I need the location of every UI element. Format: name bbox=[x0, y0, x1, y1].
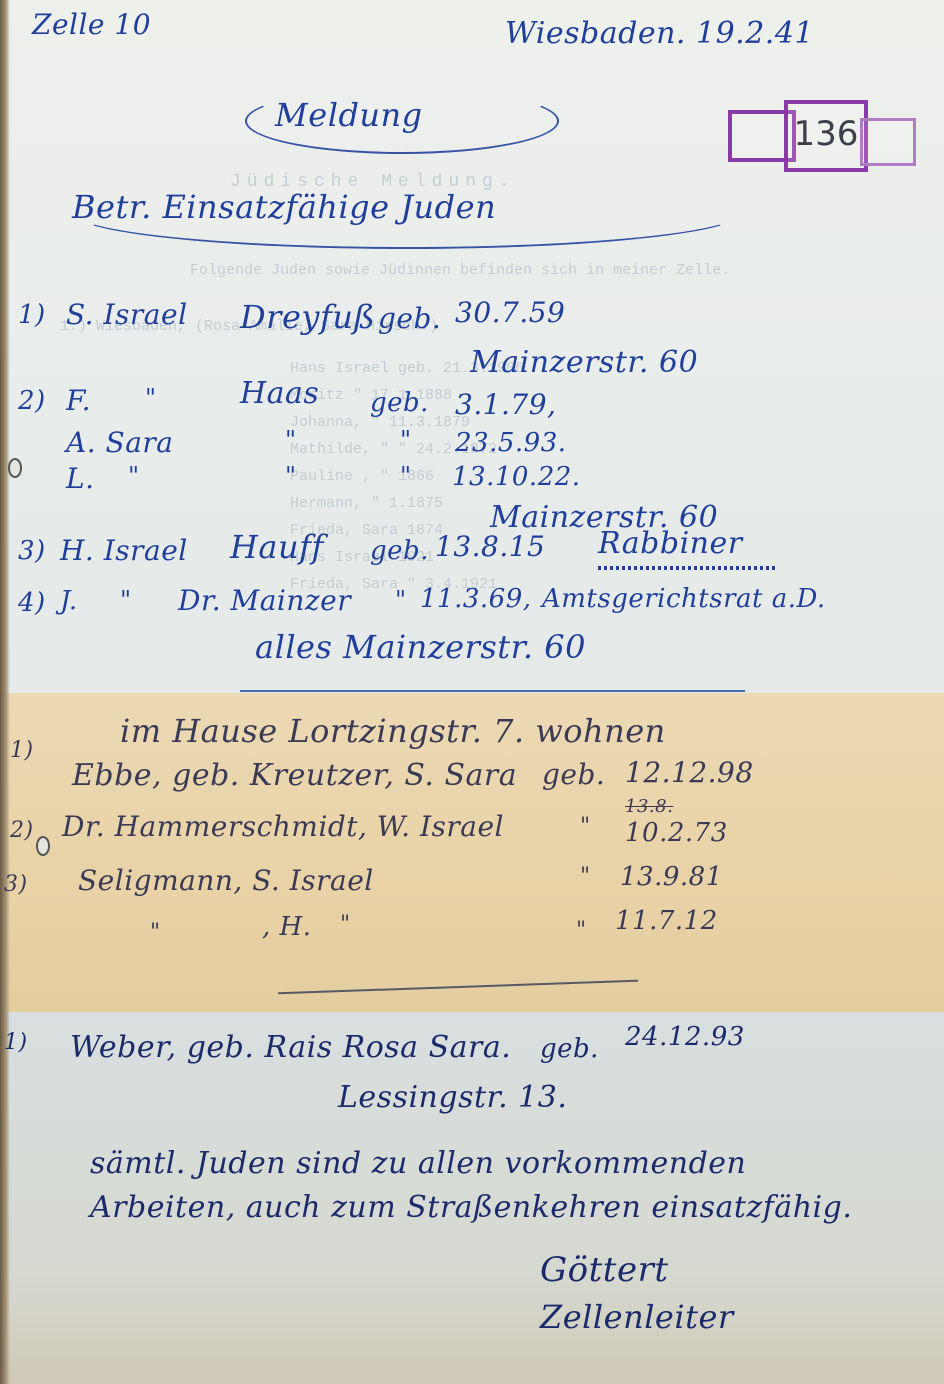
ditto-mark: " bbox=[128, 462, 140, 490]
entry-number: 3) bbox=[18, 536, 46, 566]
ditto-mark: " bbox=[145, 384, 157, 412]
place-date: Wiesbaden. 19.2.41 bbox=[505, 16, 814, 51]
birth-date: 23.5.93. bbox=[455, 428, 567, 458]
entry-address: Mainzerstr. 60 bbox=[470, 345, 698, 380]
birth-date: 13.10.22. bbox=[452, 462, 581, 492]
entry-number: 4) bbox=[18, 588, 46, 618]
remark-line: sämtl. Juden sind zu allen vorkommenden bbox=[90, 1146, 746, 1181]
born-label: geb. bbox=[542, 758, 605, 791]
ditto-mark: " bbox=[400, 462, 412, 490]
signature-title: Zellenleiter bbox=[540, 1298, 734, 1336]
entry-name: Weber, geb. Rais Rosa Sara. bbox=[70, 1030, 511, 1065]
birth-date: 30.7.59 bbox=[455, 296, 565, 329]
birth-date: 11.3.69, bbox=[420, 584, 532, 614]
born-label: geb. bbox=[540, 1034, 599, 1064]
ditto-mark: " bbox=[395, 586, 407, 614]
birth-date: 12.12.98 bbox=[625, 756, 754, 789]
entry-occupation: Rabbiner bbox=[598, 526, 743, 561]
remark-line: Arbeiten, auch zum Straßenkehren einsatz… bbox=[90, 1190, 852, 1225]
entry-name: Ebbe, geb. Kreutzer, S. Sara bbox=[72, 758, 517, 793]
birth-date: 10.2.73 bbox=[625, 818, 728, 848]
stamp-box-right bbox=[860, 118, 916, 166]
entry-address: Lessingstr. 13. bbox=[338, 1080, 567, 1115]
ditto-mark: " bbox=[150, 920, 161, 945]
entry-given-name: L. bbox=[66, 462, 95, 495]
occupation-underline bbox=[598, 566, 776, 570]
born-label: geb. bbox=[378, 302, 441, 335]
punch-hole bbox=[8, 458, 22, 478]
entry-given-name: J. bbox=[60, 586, 78, 616]
entry-number: 1) bbox=[10, 738, 34, 763]
bleed-row: Pauline , " 1866 bbox=[290, 468, 434, 485]
ditto-mark: " bbox=[285, 462, 297, 490]
cell-label: Zelle 10 bbox=[32, 8, 151, 41]
document-title: Meldung bbox=[275, 96, 423, 134]
section-divider bbox=[240, 690, 745, 692]
birth-date: 24.12.93 bbox=[625, 1022, 745, 1052]
entry-given-name: H. Israel bbox=[60, 534, 188, 567]
ditto-mark: " bbox=[580, 864, 591, 889]
entry-name: Seligmann, S. Israel bbox=[78, 864, 374, 897]
birth-date: 3.1.79, bbox=[455, 388, 556, 421]
entry-number: 2) bbox=[10, 818, 34, 843]
entry-given-name: S. Israel bbox=[66, 298, 188, 331]
birth-date: 13.8.15 bbox=[435, 530, 545, 563]
entry-surname: Haas bbox=[240, 376, 319, 411]
entry-number: 1) bbox=[4, 1030, 28, 1055]
struck-birth-date: 13.8. bbox=[625, 796, 673, 817]
subject-underline bbox=[70, 175, 744, 249]
binding-edge bbox=[0, 0, 10, 1384]
entry-number: 1) bbox=[18, 300, 46, 330]
punch-hole bbox=[36, 836, 50, 856]
born-label: geb. bbox=[370, 536, 429, 566]
birth-date: 11.7.12 bbox=[615, 906, 718, 936]
entry-given-name: A. Sara bbox=[66, 426, 173, 459]
section1-footer: alles Mainzerstr. 60 bbox=[255, 628, 586, 666]
born-label: geb. bbox=[370, 388, 429, 418]
stamp-number: 136 bbox=[788, 114, 864, 154]
entry-surname: Dr. Mainzer bbox=[178, 584, 351, 617]
ditto-mark: " bbox=[576, 918, 587, 943]
signature-name: Göttert bbox=[540, 1250, 669, 1290]
entry-occupation: Amtsgerichtsrat a.D. bbox=[542, 584, 826, 614]
bleed-intro: Folgende Juden sowie Jüdinnen befinden s… bbox=[190, 262, 730, 279]
entry-number: 2) bbox=[18, 386, 46, 416]
ditto-mark: " bbox=[400, 426, 412, 454]
entry-surname: Dreyfuß bbox=[240, 298, 375, 336]
ditto-mark: " bbox=[285, 426, 297, 454]
stamp-box-number: 136 bbox=[784, 100, 868, 172]
section2-heading: im Hause Lortzingstr. 7. wohnen bbox=[120, 712, 666, 750]
birth-date: 13.9.81 bbox=[620, 862, 723, 892]
entry-number: 3) bbox=[4, 872, 28, 897]
ditto-mark: " bbox=[580, 814, 591, 839]
ditto-mark: " bbox=[120, 586, 132, 614]
entry-name: , H. bbox=[262, 912, 311, 942]
bleed-row: Hermann, " 1.1875 bbox=[290, 495, 443, 512]
ditto-mark: " bbox=[340, 912, 351, 937]
entry-given-name: F. bbox=[66, 384, 91, 417]
entry-name: Dr. Hammerschmidt, W. Israel bbox=[62, 810, 504, 843]
entry-surname: Hauff bbox=[230, 528, 324, 566]
